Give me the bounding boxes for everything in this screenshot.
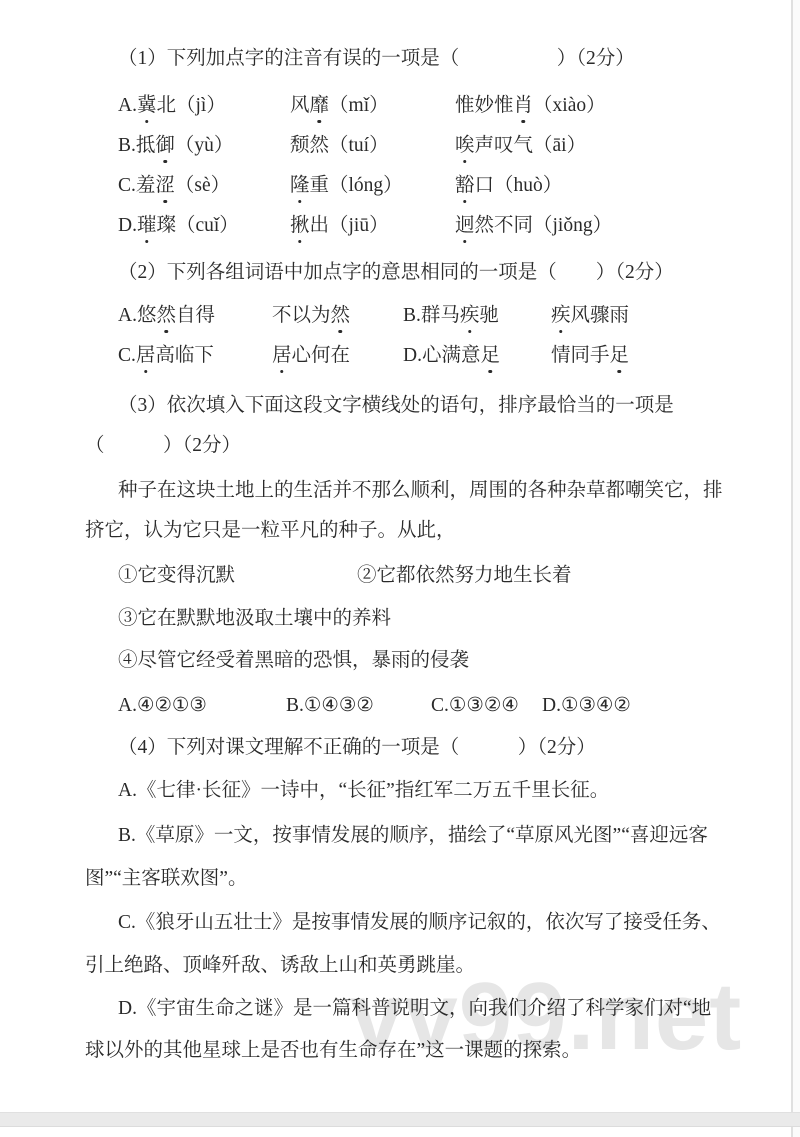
q2-d-word-1: D.心满意足 (403, 343, 551, 369)
q1-d-word-3: 迥然不同（jiǒng） (455, 213, 612, 239)
q2-b-word-2: 疾风骤雨 (551, 303, 629, 329)
q2-a-word-2: 不以为然 (272, 303, 403, 329)
q3-answer-d: D.①③④② (542, 693, 631, 719)
q4-option-d-line-1: D.《宇宙生命之谜》是一篇科普说明文，向我们介绍了科学家们对“地 (118, 996, 711, 1022)
q2-option-row-ab: A.悠然自得 不以为然 B.群马疾驰 疾风骤雨 (118, 303, 629, 329)
q1-c-word-2: 隆重（lóng） (290, 173, 455, 199)
q2-c-word-2: 居心何在 (272, 343, 403, 369)
q3-answer-c: C.①③②④ (431, 693, 542, 719)
q2-b-word-1: B.群马疾驰 (403, 303, 551, 329)
q3-answer-row: A.④②①③ B.①④③② C.①③②④ D.①③④② (118, 693, 631, 719)
q3-item-2: ②它都依然努力地生长着 (357, 563, 572, 589)
q1-d-word-1: D.璀璨（cuǐ） (118, 213, 290, 239)
page-right-edge-line (791, 0, 793, 1137)
viewer-right-gutter (793, 0, 800, 1137)
q4-option-c-line-2: 引上绝路、顶峰歼敌、诱敌上山和英勇跳崖。 (85, 953, 475, 979)
q1-c-word-3: 豁口（huò） (455, 173, 562, 199)
q3-item-4: ④尽管它经受着黑暗的恐惧，暴雨的侵袭 (118, 648, 469, 674)
q1-c-word-1: C.羞涩（sè） (118, 173, 290, 199)
q4-option-b-line-1: B.《草原》一文，按事情发展的顺序，描绘了“草原风光图”“喜迎远客 (118, 823, 708, 849)
q1-b-word-3: 唉声叹气（āi） (455, 133, 586, 159)
q1-option-row-c: C.羞涩（sè） 隆重（lóng） 豁口（huò） (118, 173, 562, 199)
q4-option-a: A.《七律·长征》一诗中，“长征”指红军二万五千里长征。 (118, 778, 609, 804)
q3-item-1: ①它变得沉默 (118, 563, 357, 589)
q3-answer-a: A.④②①③ (118, 693, 286, 719)
q3-title-line-1: （3）依次填入下面这段文字横线处的语句，排序最恰当的一项是 (118, 393, 674, 419)
q1-a-word-2: 风靡（mǐ） (290, 93, 455, 119)
q1-d-word-2: 揪出（jiū） (290, 213, 455, 239)
q1-option-row-a: A.冀北（jì） 风靡（mǐ） 惟妙惟肖（xiào） (118, 93, 606, 119)
q1-a-word-1: A.冀北（jì） (118, 93, 290, 119)
q3-item-3: ③它在默默地汲取土壤中的养料 (118, 606, 391, 632)
q1-title: （1）下列加点字的注音有误的一项是（ ）（2分） (118, 46, 635, 72)
q1-option-row-d: D.璀璨（cuǐ） 揪出（jiū） 迥然不同（jiǒng） (118, 213, 612, 239)
q1-b-word-1: B.抵御（yù） (118, 133, 290, 159)
q2-a-word-1: A.悠然自得 (118, 303, 272, 329)
q1-a-word-3: 惟妙惟肖（xiào） (455, 93, 606, 119)
q2-c-word-1: C.居高临下 (118, 343, 272, 369)
q3-items-row-1: ①它变得沉默 ②它都依然努力地生长着 (118, 563, 572, 589)
q3-title-line-2: （ ）（2分） (85, 433, 241, 459)
q2-option-row-cd: C.居高临下 居心何在 D.心满意足 情同手足 (118, 343, 629, 369)
q4-title: （4）下列对课文理解不正确的一项是（ ）（2分） (118, 735, 596, 761)
q4-option-b-line-2: 图”“主客联欢图”。 (85, 866, 247, 892)
exam-page: vv99.net （1）下列加点字的注音有误的一项是（ ）（2分） A.冀北（j… (0, 0, 800, 1137)
page-break-band (0, 1112, 800, 1127)
q1-option-row-b: B.抵御（yù） 颓然（tuí） 唉声叹气（āi） (118, 133, 586, 159)
q4-option-d-line-2: 球以外的其他星球上是否也有生命存在”这一课题的探索。 (85, 1038, 581, 1064)
q3-passage-line-2: 挤它，认为它只是一粒平凡的种子。从此， (85, 518, 456, 544)
q4-option-c-line-1: C.《狼牙山五壮士》是按事情发展的顺序记叙的，依次写了接受任务、 (118, 910, 721, 936)
q3-answer-b: B.①④③② (286, 693, 431, 719)
q2-title: （2）下列各组词语中加点字的意思相同的一项是（ ）（2分） (118, 260, 674, 286)
q2-d-word-2: 情同手足 (551, 343, 629, 369)
q1-b-word-2: 颓然（tuí） (290, 133, 455, 159)
q3-passage-line-1: 种子在这块土地上的生活并不那么顺利，周围的各种杂草都嘲笑它，排 (118, 478, 723, 504)
